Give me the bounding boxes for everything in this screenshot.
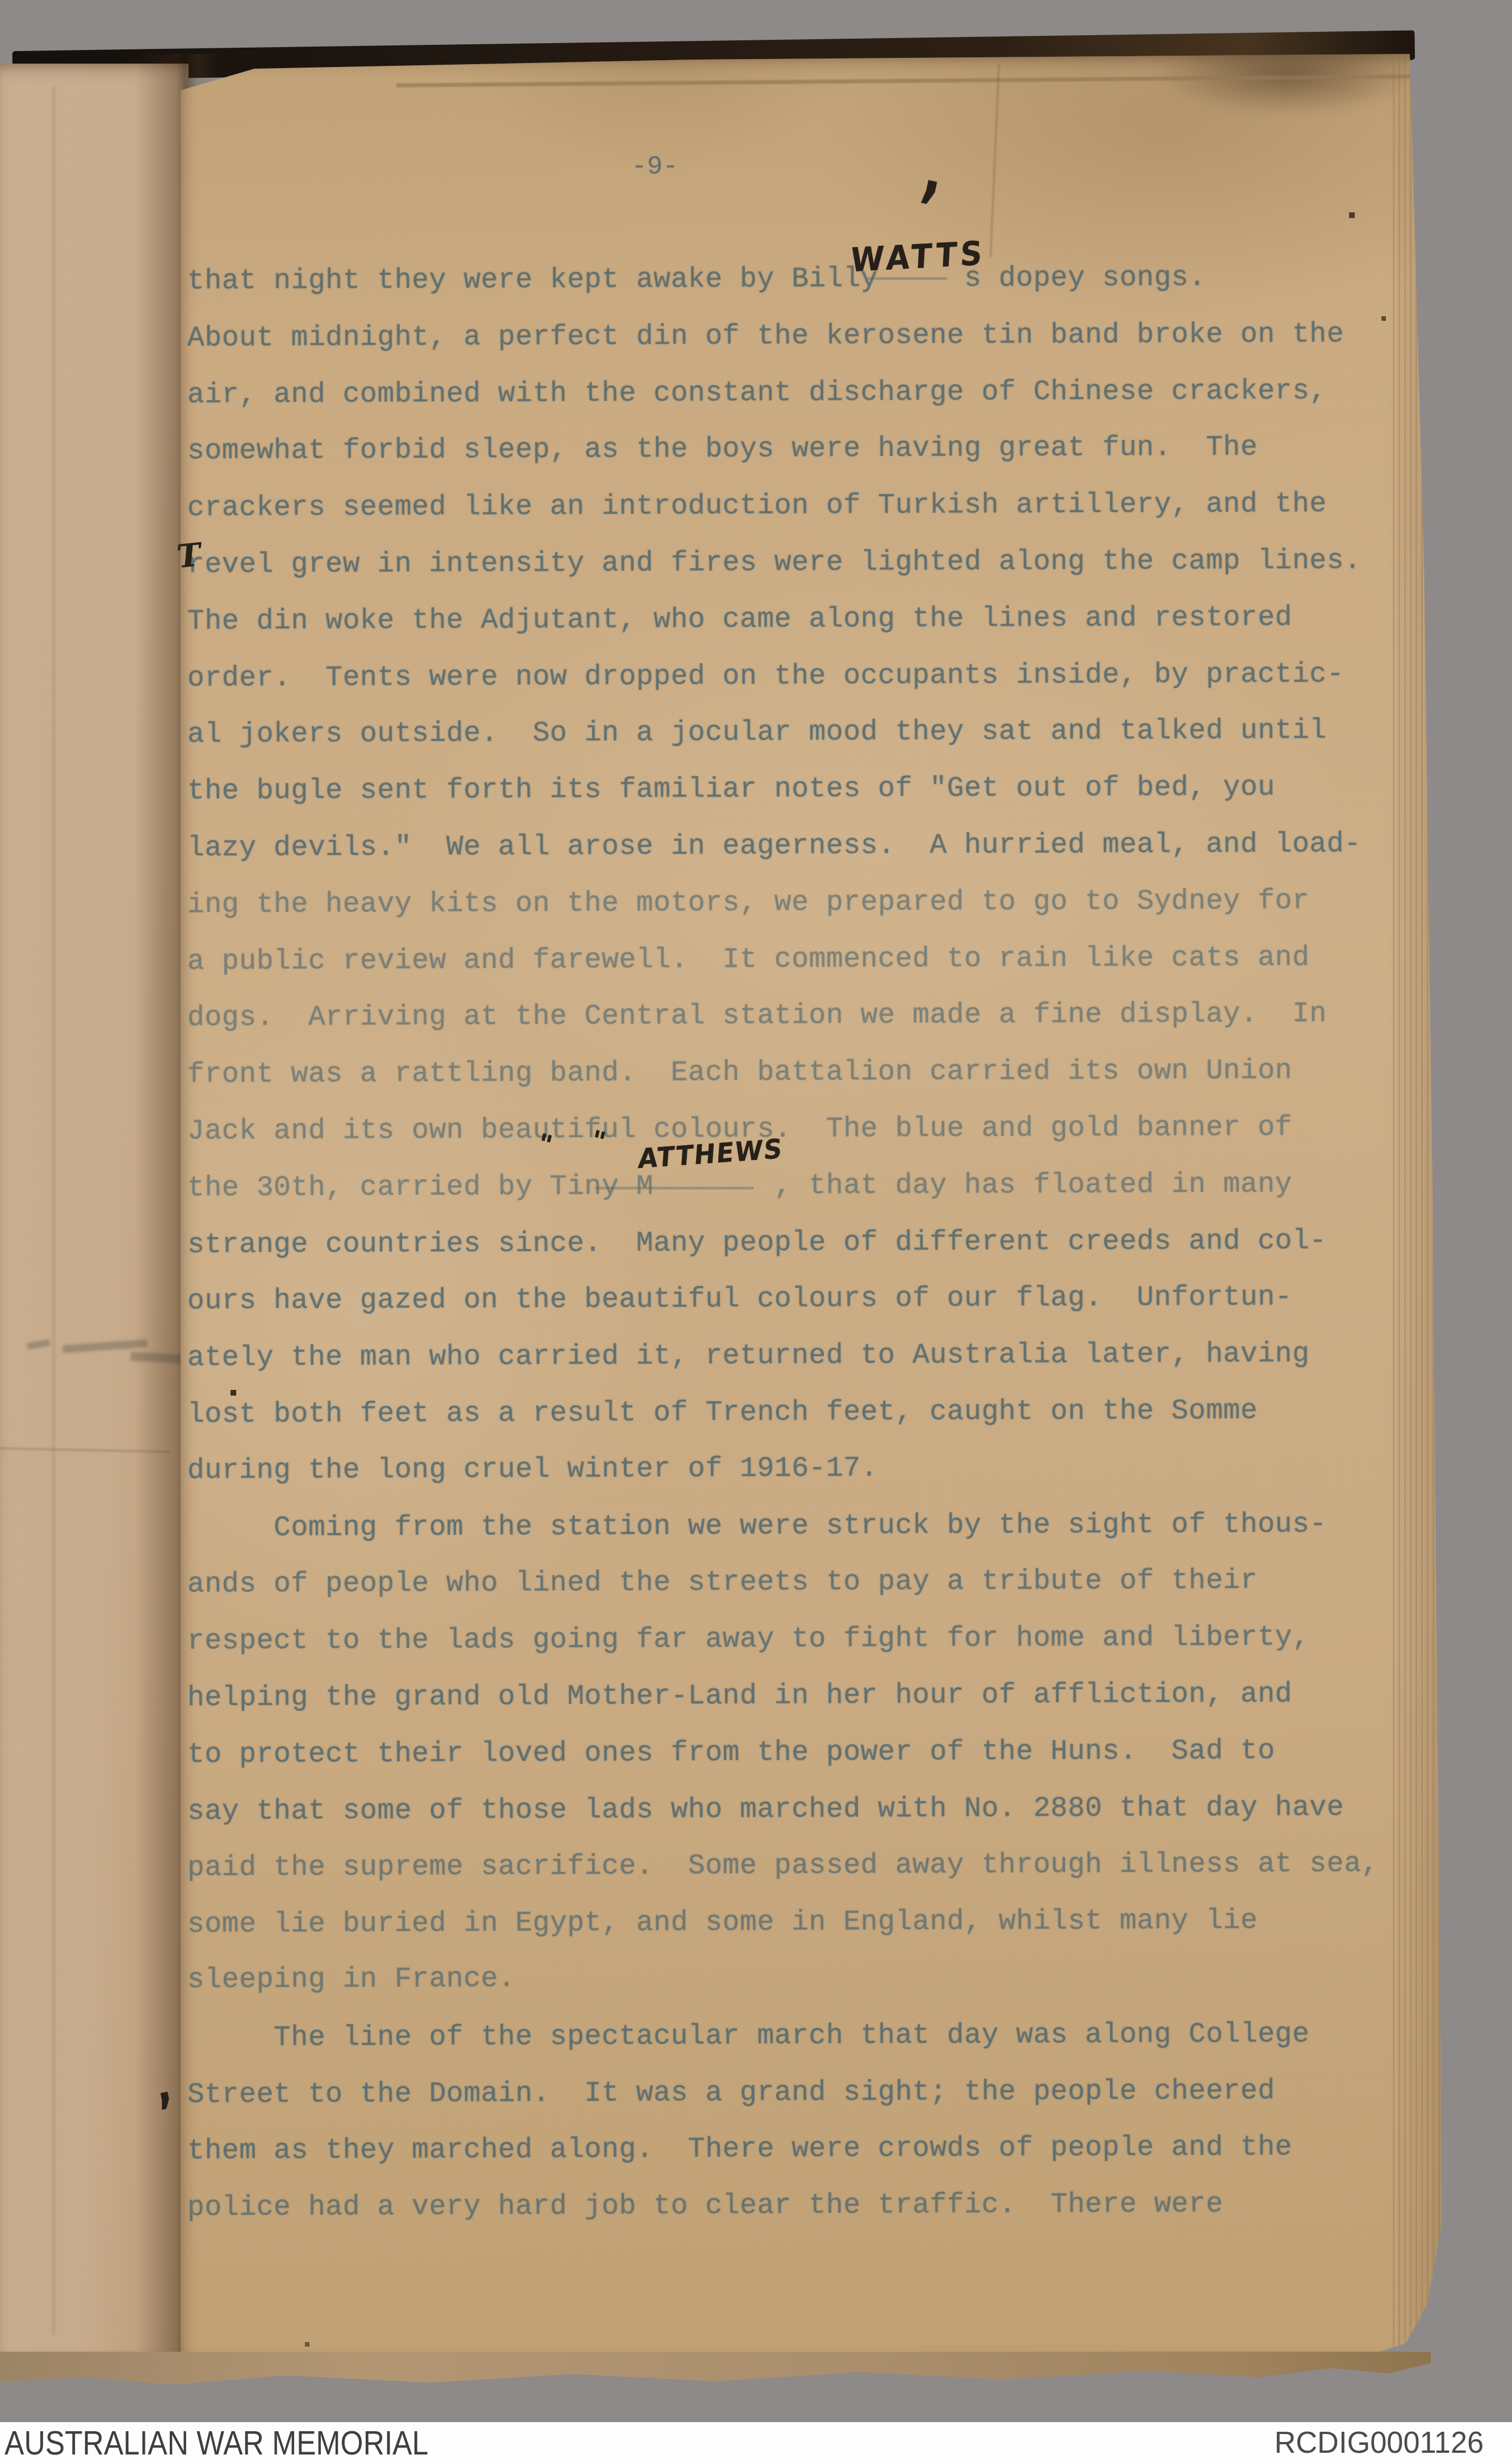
archive-item-id: RCDIG0001126 bbox=[1274, 2425, 1484, 2460]
typed-line: the bugle sent forth its familiar notes … bbox=[187, 774, 1275, 806]
typed-line: order. Tents were now dropped on the occ… bbox=[187, 660, 1344, 693]
typed-text: that night they were kept awake by Billy… bbox=[0, 0, 1512, 2463]
typed-line: revel grew in intensity and fires were l… bbox=[187, 547, 1362, 579]
archive-footer-bar: AUSTRALIAN WAR MEMORIAL RCDIG0001126 bbox=[0, 2422, 1512, 2463]
typed-line: that night they were kept awake by Billy… bbox=[187, 264, 1206, 296]
ink-specks bbox=[0, 0, 1, 1]
typed-line: helping the grand old Mother-Land in her… bbox=[187, 1681, 1292, 1713]
typed-line: front was a rattling band. Each battalio… bbox=[187, 1057, 1292, 1090]
typed-line: Street to the Domain. It was a grand sig… bbox=[187, 2077, 1275, 2109]
typed-line: The line of the spectacular march that d… bbox=[187, 2020, 1309, 2052]
typed-line: ours have gazed on the beautiful colours… bbox=[187, 1284, 1292, 1316]
typed-line: ands of people who lined the streets to … bbox=[187, 1567, 1258, 1599]
typed-line: respect to the lads going far away to fi… bbox=[187, 1624, 1309, 1656]
typed-line: police had a very hard job to clear the … bbox=[187, 2190, 1223, 2222]
archive-brand-label: AUSTRALIAN WAR MEMORIAL bbox=[5, 2423, 428, 2462]
typed-line: The din woke the Adjutant, who came alon… bbox=[187, 604, 1292, 636]
typed-line: al jokers outside. So in a jocular mood … bbox=[187, 717, 1327, 749]
handwritten-overstrike: T bbox=[175, 536, 203, 576]
typed-line: lazy devils." We all arose in eagerness.… bbox=[187, 830, 1362, 862]
scanned-document-view: -9- that night they were kept awake by B… bbox=[0, 0, 1512, 2463]
typed-line: Coming from the station we were struck b… bbox=[187, 1510, 1327, 1543]
typed-line: during the long cruel winter of 1916-17. bbox=[187, 1455, 878, 1485]
typed-line: dogs. Arriving at the Central station we… bbox=[187, 1000, 1327, 1033]
typed-line: say that some of those lads who marched … bbox=[187, 1794, 1344, 1826]
typed-line: lost both feet as a result of Trench fee… bbox=[187, 1397, 1258, 1430]
typed-line: some lie buried in Egypt, and some in En… bbox=[187, 1907, 1258, 1940]
typed-line: somewhat forbid sleep, as the boys were … bbox=[187, 434, 1258, 466]
typed-line: sleeping in France. bbox=[187, 1965, 516, 1995]
typed-line: ately the man who carried it, returned t… bbox=[187, 1341, 1309, 1373]
typed-strikethrough bbox=[595, 1187, 754, 1189]
typed-line: paid the supreme sacrifice. Some passed … bbox=[187, 1850, 1379, 1883]
typed-line: to protect their loved ones from the pow… bbox=[187, 1737, 1275, 1769]
typed-line: crackers seemed like an introduction of … bbox=[187, 491, 1327, 523]
typed-line: ing the heavy kits on the motors, we pre… bbox=[187, 887, 1309, 919]
typed-line: air, and combined with the constant disc… bbox=[187, 377, 1327, 409]
typed-line: them as they marched along. There were c… bbox=[187, 2134, 1292, 2166]
typed-line: About midnight, a perfect din of the ker… bbox=[187, 320, 1344, 353]
typed-line: a public review and farewell. It commenc… bbox=[187, 944, 1309, 976]
typed-line: strange countries since. Many people of … bbox=[187, 1227, 1327, 1259]
